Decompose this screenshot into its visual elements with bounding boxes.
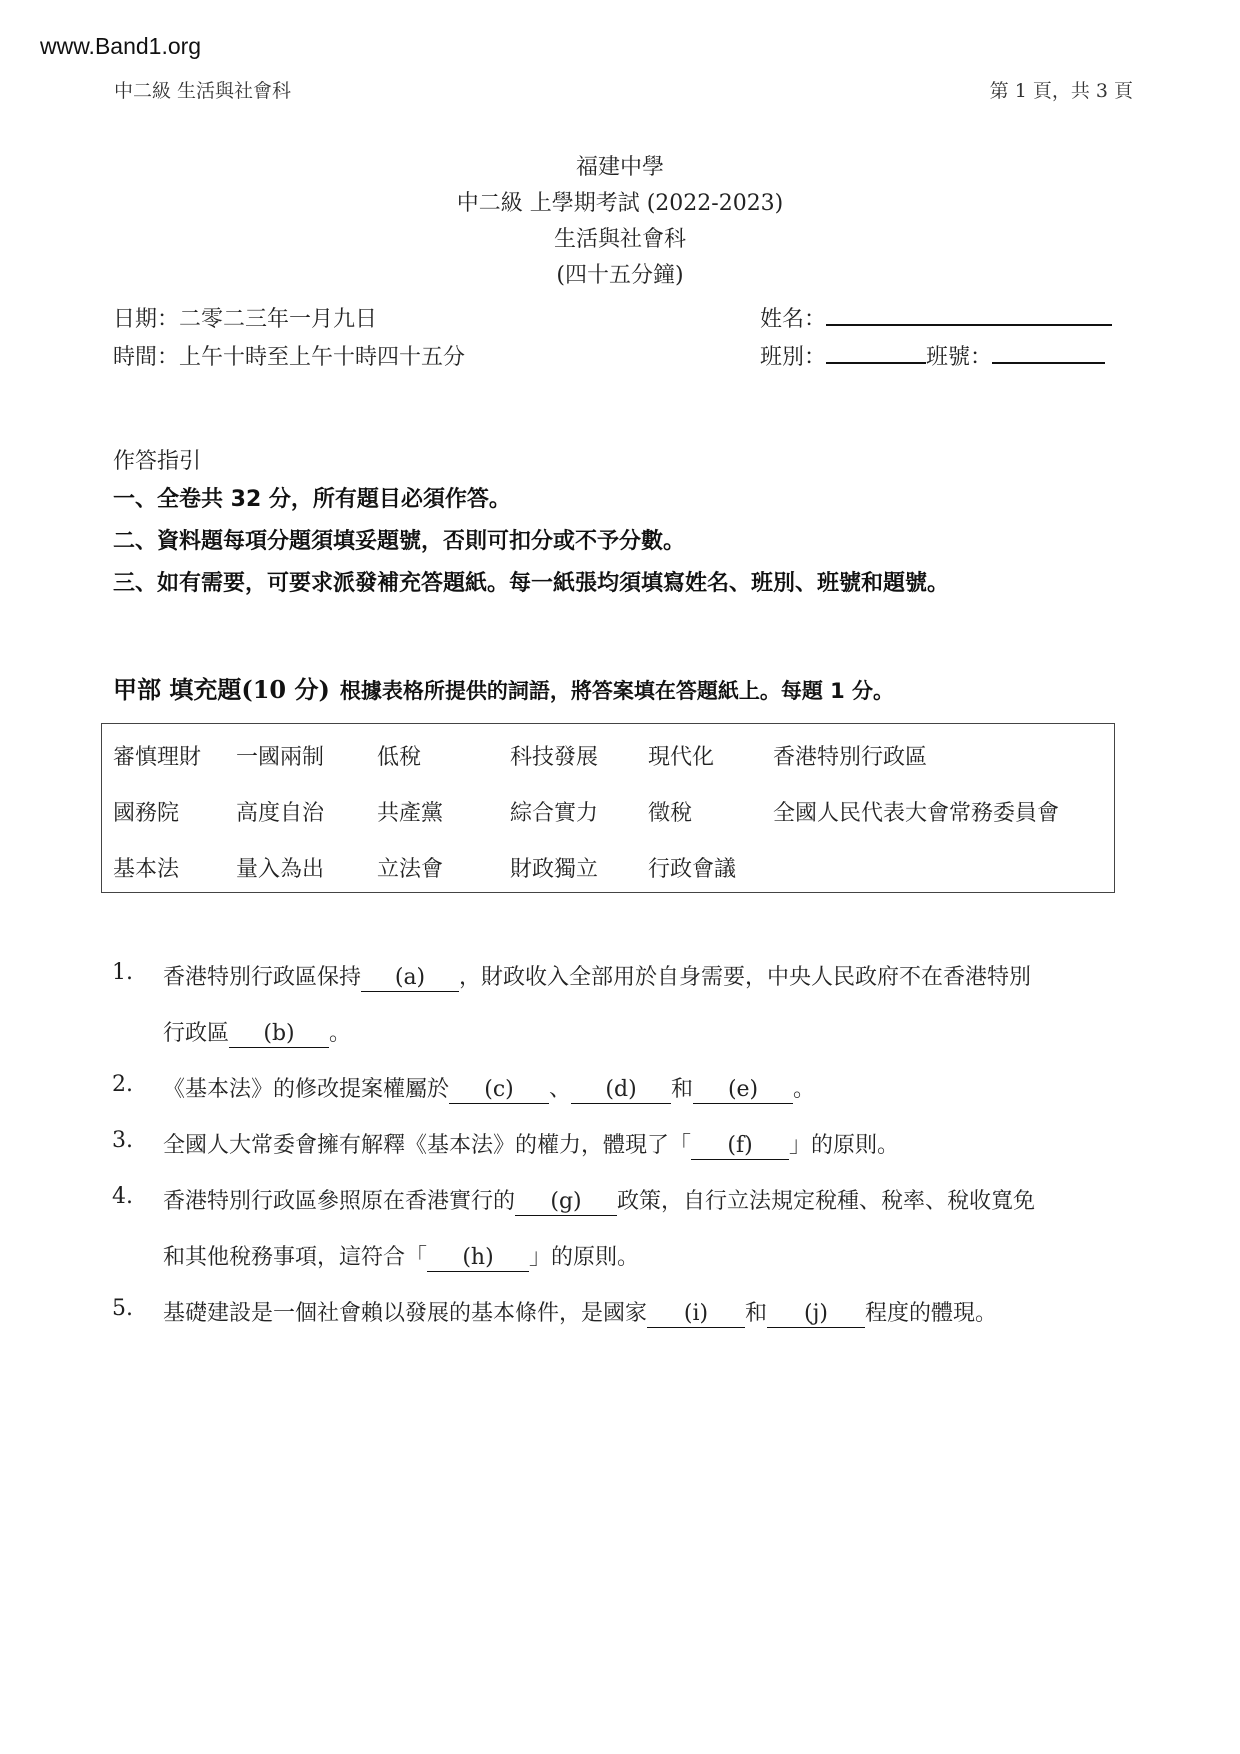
question-text: 和 [671,1077,693,1102]
word-bank-item: 一國兩制 [236,740,324,771]
word-bank-item: 基本法 [113,852,179,883]
question-text: 基礎建設是一個社會賴以發展的基本條件，是國家 [163,1301,647,1326]
word-bank-item: 低稅 [377,740,421,771]
subject-name: 生活與社會科 [0,222,1240,258]
word-bank-table: 審慎理財 一國兩制 低稅 科技發展 現代化 香港特別行政區 國務院 高度自治 共… [101,723,1115,893]
exam-duration: (四十五分鐘) [0,258,1240,294]
question-text: 和 [745,1301,767,1326]
instruction-2: 二、資料題每項分題須填妥題號，否則可扣分或不予分數。 [113,524,685,555]
question-text: 全國人大常委會擁有解釋《基本法》的權力，體現了「 [163,1133,691,1158]
question-text: 。 [329,1021,351,1046]
question-1-line-1: 香港特別行政區保持(a)，財政收入全部用於自身需要，中央人民政府不在香港特別 [163,960,1031,992]
name-blank[interactable] [826,306,1112,326]
word-bank-item: 立法會 [377,852,443,883]
name-label: 姓名： [760,307,826,332]
blank-i[interactable]: (i) [647,1301,745,1328]
class-label: 班別： [760,345,826,370]
question-text: 香港特別行政區保持 [163,965,361,990]
class-field[interactable]: 班別：班號： [760,340,1105,371]
word-bank-item: 全國人民代表大會常務委員會 [773,796,1059,827]
question-text: ，財政收入全部用於自身需要，中央人民政府不在香港特別 [459,965,1031,990]
class-blank[interactable] [826,344,926,364]
question-number: 5. [112,1296,133,1321]
word-bank-item: 審慎理財 [113,740,201,771]
word-bank-item: 現代化 [648,740,714,771]
watermark: www.Band1.org [40,33,201,60]
blank-e[interactable]: (e) [693,1077,793,1104]
question-1-line-2: 行政區(b)。 [163,1016,351,1048]
question-2: 《基本法》的修改提案權屬於(c)、(d)和(e)。 [163,1072,815,1104]
question-text: 政策，自行立法規定稅種、稅率、稅收寬免 [617,1189,1035,1214]
question-text: 、 [549,1077,571,1102]
question-text: 。 [793,1077,815,1102]
exam-time: 時間：上午十時至上午十時四十五分 [113,340,465,371]
blank-j[interactable]: (j) [767,1301,865,1328]
school-name: 福建中學 [0,150,1240,186]
blank-b[interactable]: (b) [229,1021,329,1048]
word-bank-item: 量入為出 [236,852,324,883]
question-number: 1. [112,960,133,985]
question-number: 4. [112,1184,133,1209]
word-bank-item: 財政獨立 [510,852,598,883]
exam-title-block: 福建中學 中二級 上學期考試 (2022-2023) 生活與社會科 (四十五分鐘… [0,150,1240,294]
word-bank-item: 科技發展 [510,740,598,771]
blank-g[interactable]: (g) [515,1189,617,1216]
question-4-line-1: 香港特別行政區參照原在香港實行的(g)政策，自行立法規定稅種、稅率、稅收寬免 [163,1184,1035,1216]
question-5: 基礎建設是一個社會賴以發展的基本條件，是國家(i)和(j)程度的體現。 [163,1296,997,1328]
question-4-line-2: 和其他稅務事項，這符合「(h)」的原則。 [163,1240,639,1272]
instructions-title: 作答指引 [113,444,201,475]
question-text: 《基本法》的修改提案權屬於 [163,1077,449,1102]
question-text: 程度的體現。 [865,1301,997,1326]
blank-f[interactable]: (f) [691,1133,789,1160]
exam-name: 中二級 上學期考試 (2022-2023) [0,186,1240,222]
word-bank-item: 共產黨 [377,796,443,827]
question-number: 3. [112,1128,133,1153]
instruction-3: 三、如有需要，可要求派發補充答題紙。每一紙張均須填寫姓名、班別、班號和題號。 [113,566,949,597]
page-header-page-number: 第 1 頁，共 3 頁 [990,76,1133,103]
question-text: 香港特別行政區參照原在香港實行的 [163,1189,515,1214]
page-header-subject: 中二級 生活與社會科 [114,76,291,103]
section-a-heading: 甲部 填充題(10 分)根據表格所提供的詞語，將答案填在答題紙上。每題 1 分。 [113,670,894,705]
question-text: 和其他稅務事項，這符合「 [163,1245,427,1270]
question-text: 行政區 [163,1021,229,1046]
class-no-blank[interactable] [992,344,1105,364]
blank-d[interactable]: (d) [571,1077,671,1104]
question-3: 全國人大常委會擁有解釋《基本法》的權力，體現了「(f)」的原則。 [163,1128,899,1160]
name-field[interactable]: 姓名： [760,302,1112,333]
word-bank-item: 國務院 [113,796,179,827]
blank-h[interactable]: (h) [427,1245,529,1272]
blank-c[interactable]: (c) [449,1077,549,1104]
word-bank-item: 高度自治 [236,796,324,827]
instruction-1: 一、全卷共 32 分，所有題目必須作答。 [113,482,511,513]
exam-date: 日期：二零二三年一月九日 [113,302,377,333]
question-number: 2. [112,1072,133,1097]
question-text: 」的原則。 [789,1133,899,1158]
word-bank-item: 行政會議 [648,852,736,883]
word-bank-item: 綜合實力 [510,796,598,827]
class-no-label: 班號： [926,345,992,370]
word-bank-item: 徵稅 [648,796,692,827]
section-a-instruction: 根據表格所提供的詞語，將答案填在答題紙上。每題 1 分。 [340,679,894,703]
section-a-title: 甲部 填充題(10 分) [113,675,330,704]
question-text: 」的原則。 [529,1245,639,1270]
blank-a[interactable]: (a) [361,965,459,992]
word-bank-item: 香港特別行政區 [773,740,927,771]
